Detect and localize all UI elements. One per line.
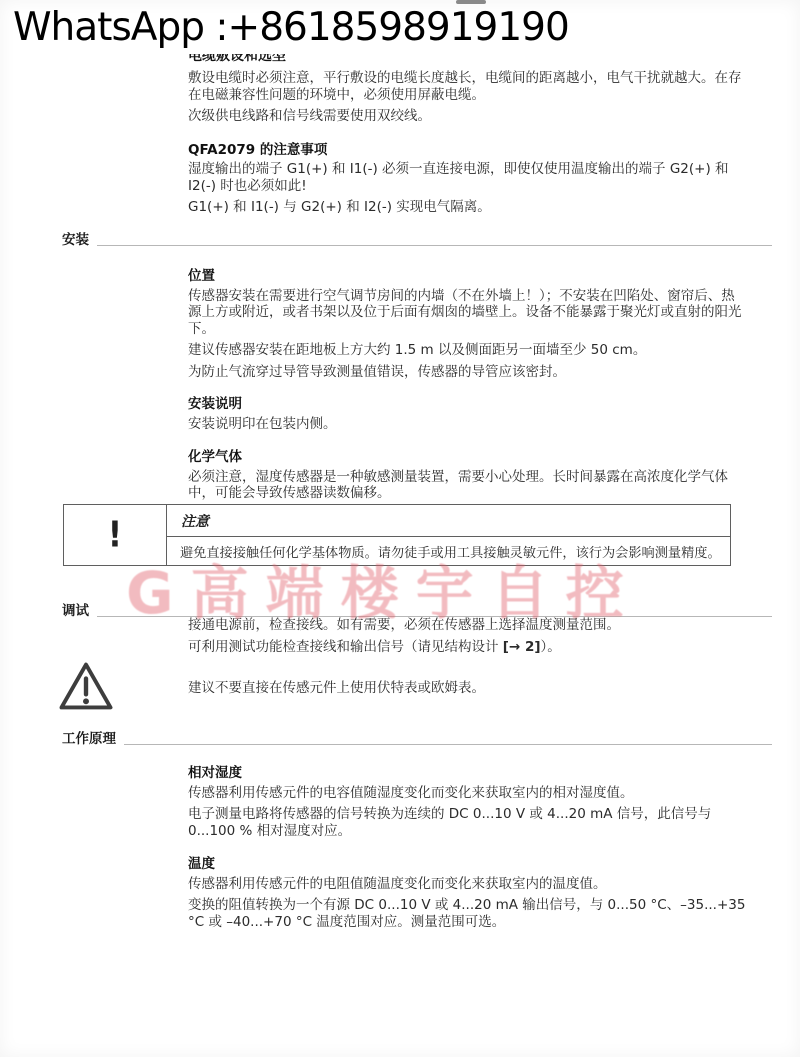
install-notes-heading: 安装说明 xyxy=(188,396,748,413)
principle-section: 相对湿度 传感器利用传感元件的电容值随湿度变化而变化来获取室内的相对湿度值。 电… xyxy=(188,765,748,935)
clipped-heading-cable: 电缆敷设和选型 xyxy=(188,54,748,66)
structure-design-reference: [→ 2] xyxy=(503,639,541,655)
commissioning-p2-text: 可利用测试功能检查接线和输出信号（请见结构设计 xyxy=(188,639,503,655)
qfa2079-paragraph-1: 湿度输出的端子 G1(+) 和 I1(-) 必须一直连接电源，即使仅使用温度输出… xyxy=(188,161,748,194)
temperature-paragraph-2: 变换的阻值转换为一个有源 DC 0...10 V 或 4...20 mA 输出信… xyxy=(188,897,748,930)
qfa2079-heading: QFA2079 的注意事项 xyxy=(188,142,748,159)
exclamation-icon: ! xyxy=(108,517,122,553)
temperature-paragraph-1: 传感器利用传感元件的电阻值随温度变化而变化来获取室内的温度值。 xyxy=(188,876,748,893)
warning-triangle-icon xyxy=(58,661,114,711)
location-heading: 位置 xyxy=(188,268,748,285)
notice-body-row: 避免直接接触任何化学基体物质。请勿徒手或用工具接触灵敏元件，该行为会影响测量精度… xyxy=(167,537,730,565)
cable-paragraph-2: 次级供电线路和信号线需要使用双绞线。 xyxy=(188,108,748,125)
section-rule xyxy=(97,245,772,246)
location-paragraph-1: 传感器安装在需要进行空气调节房间的内墙（不在外墙上！）；不安装在凹陷处、窗帘后、… xyxy=(188,288,748,338)
voltmeter-caution-paragraph: 建议不要直接在传感元件上使用伏特表或欧姆表。 xyxy=(188,680,748,697)
section-heading-installation: 安装 xyxy=(62,228,772,248)
section-title-installation: 安装 xyxy=(62,228,97,248)
install-notes-paragraph: 安装说明印在包装内侧。 xyxy=(188,416,748,433)
notice-title: 注意 xyxy=(181,511,209,531)
datasheet-page: WhatsApp :+8618598919190 电缆敷设和选型 敷设电缆时必须… xyxy=(0,0,800,1057)
commissioning-paragraph-1: 接通电源前，检查接线。如有需要，必须在传感器上选择温度测量范围。 xyxy=(188,617,748,634)
qfa2079-paragraph-2: G1(+) 和 I1(-) 与 G2(+) 和 I2(-) 实现电气隔离。 xyxy=(188,199,748,216)
relative-humidity-heading: 相对湿度 xyxy=(188,765,748,782)
section-title-commissioning: 调试 xyxy=(62,599,97,619)
commissioning-p2-suffix: ）。 xyxy=(541,639,561,655)
notice-title-row: 注意 xyxy=(167,505,730,537)
notice-box: ! 注意 避免直接接触任何化学基体物质。请勿徒手或用工具接触灵敏元件，该行为会影… xyxy=(63,504,731,566)
notice-icon-cell: ! xyxy=(64,505,167,565)
section-heading-principle: 工作原理 xyxy=(62,727,772,747)
notice-body-text: 避免直接接触任何化学基体物质。请勿徒手或用工具接触灵敏元件，该行为会影响测量精度… xyxy=(180,542,721,561)
section-heading-commissioning: 调试 xyxy=(62,599,772,619)
chemical-gas-paragraph: 必须注意，湿度传感器是一种敏感测量装置，需要小心处理。长时间暴露在高浓度化学气体… xyxy=(188,469,748,502)
installation-section: 位置 传感器安装在需要进行空气调节房间的内墙（不在外墙上！）；不安装在凹陷处、窗… xyxy=(188,268,748,507)
cable-paragraph-1: 敷设电缆时必须注意，平行敷设的电缆长度越长，电缆间的距离越小，电气干扰就越大。在… xyxy=(188,70,748,103)
whatsapp-contact-text: WhatsApp :+8618598919190 xyxy=(13,5,569,50)
notice-content-cell: 注意 避免直接接触任何化学基体物质。请勿徒手或用工具接触灵敏元件，该行为会影响测… xyxy=(167,505,730,565)
commissioning-paragraph-2: 可利用测试功能检查接线和输出信号（请见结构设计 [→ 2]）。 xyxy=(188,639,748,656)
relative-humidity-paragraph-2: 电子测量电路将传感器的信号转换为连续的 DC 0...10 V 或 4...20… xyxy=(188,806,748,839)
location-paragraph-3: 为防止气流穿过导管导致测量值错误，传感器的导管应该密封。 xyxy=(188,364,748,381)
relative-humidity-paragraph-1: 传感器利用传感元件的电容值随湿度变化而变化来获取室内的相对湿度值。 xyxy=(188,785,748,802)
clipped-page-header-mark xyxy=(456,0,486,4)
section-title-principle: 工作原理 xyxy=(62,727,124,747)
section-rule xyxy=(124,744,772,745)
chemical-gas-heading: 化学气体 xyxy=(188,449,748,466)
cable-section: 电缆敷设和选型 敷设电缆时必须注意，平行敷设的电缆长度越长，电缆间的距离越小，电… xyxy=(188,54,748,221)
commissioning-section: 接通电源前，检查接线。如有需要，必须在传感器上选择温度测量范围。 可利用测试功能… xyxy=(188,617,748,660)
location-paragraph-2: 建议传感器安装在距地板上方大约 1.5 m 以及侧面距另一面墙至少 50 cm。 xyxy=(188,342,748,359)
temperature-heading: 温度 xyxy=(188,856,748,873)
